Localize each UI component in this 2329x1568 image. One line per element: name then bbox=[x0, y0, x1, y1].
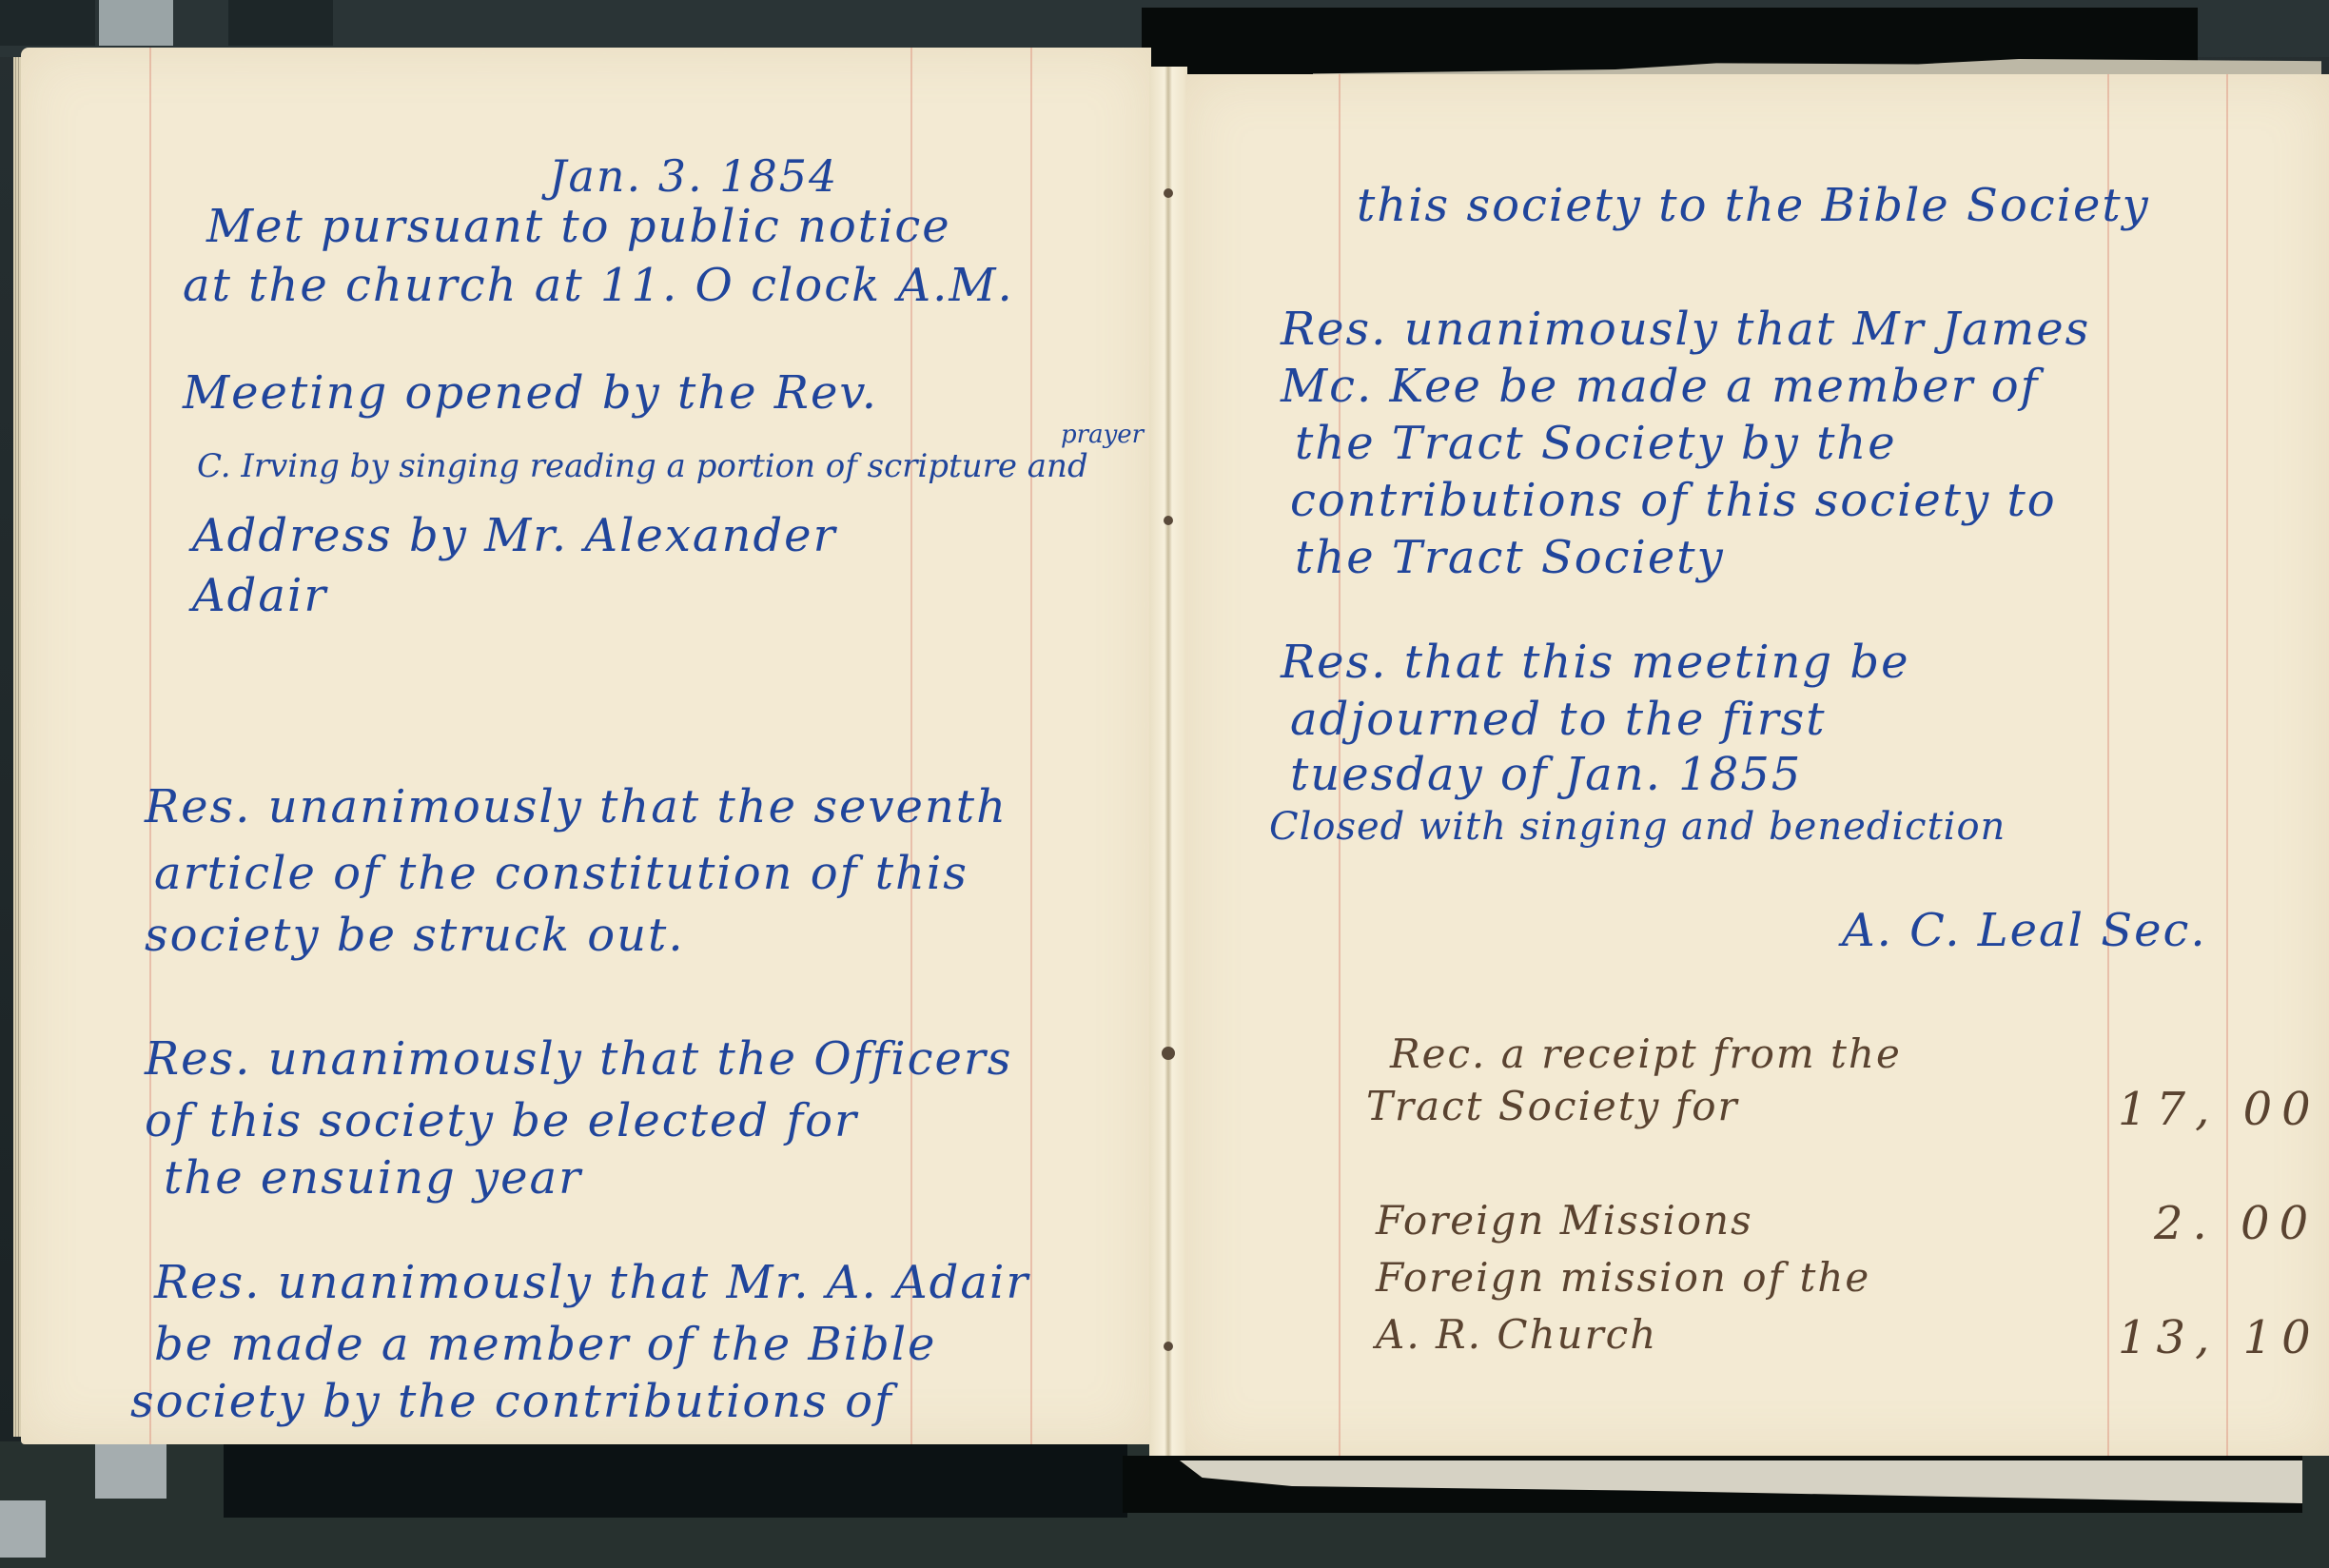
binding-stitch bbox=[1162, 1047, 1175, 1060]
resolution-line: Mc. Kee be made a member of bbox=[1281, 360, 2039, 413]
left-page: Jan. 3. 1854 Met pursuant to public noti… bbox=[21, 48, 1151, 1444]
date-heading: Jan. 3. 1854 bbox=[549, 150, 838, 202]
resolution-line: article of the constitution of this bbox=[154, 847, 969, 900]
account-entry-line: Tract Society for bbox=[1366, 1083, 1739, 1129]
account-amount: 2. 00 bbox=[2154, 1197, 2318, 1250]
resolution-line: Res. unanimously that Mr James bbox=[1281, 303, 2090, 356]
text-line: Adair bbox=[192, 569, 327, 622]
resolution-line: contributions of this society to bbox=[1290, 474, 2057, 527]
resolution-line: tuesday of Jan. 1855 bbox=[1290, 748, 1802, 801]
text-line: Address by Mr. Alexander bbox=[192, 509, 837, 562]
resolution-line: Res. unanimously that Mr. A. Adair bbox=[154, 1256, 1029, 1309]
resolution-line: society be struck out. bbox=[145, 909, 685, 962]
binding-stitch bbox=[1164, 1342, 1173, 1351]
column-rule bbox=[1030, 48, 1032, 1444]
resolution-line: Res. that this meeting be bbox=[1281, 636, 1910, 689]
text-line: Meeting opened by the Rev. bbox=[183, 366, 878, 420]
resolution-line: be made a member of the Bible bbox=[154, 1318, 936, 1371]
resolution-line: Res. unanimously that the Officers bbox=[145, 1032, 1012, 1086]
binding-stitch bbox=[1164, 188, 1173, 198]
resolution-line: the Tract Society by the bbox=[1295, 417, 1897, 470]
margin-rule bbox=[149, 48, 151, 1444]
insertion-note: prayer bbox=[1061, 421, 1144, 449]
account-entry-line: Foreign Missions bbox=[1376, 1197, 1753, 1244]
frame-slot bbox=[228, 0, 333, 46]
binding-stitch bbox=[1164, 516, 1173, 525]
continuation-line: this society to the Bible Society bbox=[1357, 179, 2150, 232]
signature: A. C. Leal Sec. bbox=[1842, 904, 2207, 957]
frame-slot bbox=[95, 1441, 166, 1499]
column-rule bbox=[910, 48, 912, 1444]
account-entry-line: Foreign mission of the bbox=[1376, 1254, 1870, 1301]
account-entry-line: A. R. Church bbox=[1376, 1311, 1657, 1358]
text-line: at the church at 11. O clock A.M. bbox=[183, 259, 1014, 312]
resolution-line: society by the contributions of bbox=[130, 1375, 893, 1428]
resolution-line: adjourned to the first bbox=[1290, 693, 1827, 746]
text-line: Met pursuant to public notice bbox=[206, 200, 951, 253]
frame-slot bbox=[0, 0, 95, 46]
account-amount: 13, 10 bbox=[2118, 1311, 2320, 1364]
account-entry-line: Rec. a receipt from the bbox=[1390, 1030, 1902, 1077]
frame-slot bbox=[0, 1500, 46, 1558]
text-line: C. Irving by singing reading a portion o… bbox=[197, 447, 1088, 485]
frame-slot bbox=[224, 1441, 1127, 1518]
right-page: this society to the Bible Society Res. u… bbox=[1185, 74, 2329, 1456]
resolution-line: the ensuing year bbox=[164, 1151, 582, 1205]
resolution-line: the Tract Society bbox=[1295, 531, 1725, 584]
resolution-line: of this society be elected for bbox=[145, 1094, 858, 1147]
column-rule bbox=[2107, 74, 2109, 1456]
account-amount: 17, 00 bbox=[2118, 1083, 2320, 1136]
closing-line: Closed with singing and benediction bbox=[1269, 805, 2006, 849]
book-spine bbox=[1149, 67, 1187, 1456]
resolution-line: Res. unanimously that the seventh bbox=[145, 780, 1008, 833]
frame-slot bbox=[99, 0, 173, 46]
